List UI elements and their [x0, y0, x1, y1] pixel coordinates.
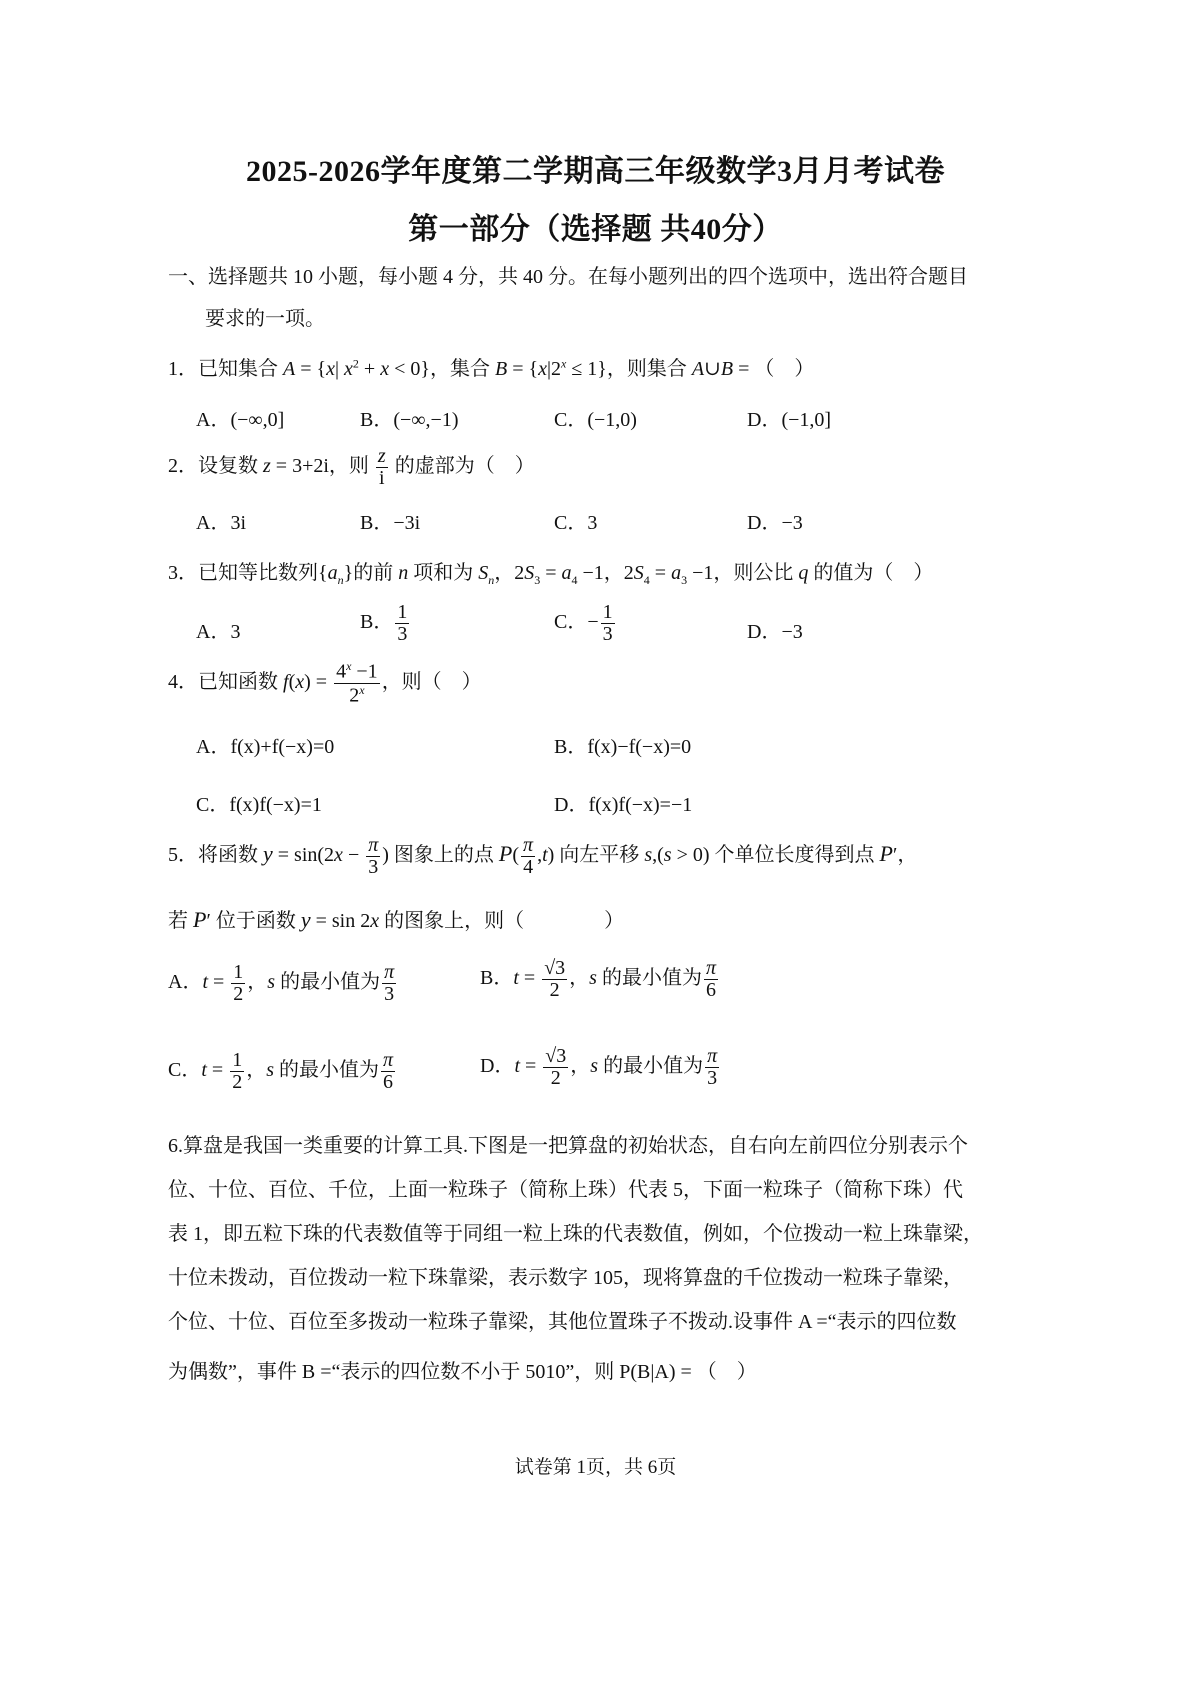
q1-option-c: C．(−1,0): [554, 403, 637, 432]
exam-title: 2025-2026学年度第二学期高三年级数学3月月考试卷: [0, 146, 1191, 190]
q4-option-a: A．f(x)+f(−x)=0: [196, 730, 334, 759]
question-5-stem-line1: 5．将函数 y = sin(2x − π3) 图象上的点 P(π4,t) 向左平…: [168, 835, 917, 878]
question-6-line3: 表 1，即五粒下珠的代表数值等于同组一粒上珠的代表数值，例如，个位拨动一粒上珠靠…: [168, 1217, 983, 1246]
question-6-line5: 个位、十位、百位至多拨动一粒珠子靠梁，其他位置珠子不拨动.设事件 A =“表示的…: [168, 1305, 957, 1334]
q3-option-c: C．−13: [554, 602, 617, 645]
question-6-line1: 6.算盘是我国一类重要的计算工具.下图是一把算盘的初始状态，自右向左前四位分别表…: [168, 1129, 968, 1158]
q4-option-c: C．f(x)f(−x)=1: [196, 788, 322, 817]
q2-option-b: B．−3i: [360, 506, 420, 535]
q5-option-b: B．t = √32，s 的最小值为π6: [480, 958, 720, 1001]
part-title: 第一部分（选择题 共40分）: [0, 204, 1191, 248]
q1-option-a: A．(−∞,0]: [196, 403, 284, 432]
q4-option-d: D．f(x)f(−x)=−1: [554, 788, 692, 817]
q5-option-c: C．t = 12，s 的最小值为π6: [168, 1050, 397, 1093]
section-instruction-line1: 一、选择题共 10 小题，每小题 4 分，共 40 分。在每小题列出的四个选项中…: [168, 260, 968, 289]
question-2-stem: 2．设复数 z = 3+2i，则 zi 的虚部为（ ）: [168, 446, 535, 489]
question-4-stem: 4．已知函数 f(x) = 4x −12x，则（ ）: [168, 660, 482, 706]
question-6-line2: 位、十位、百位、千位，上面一粒珠子（简称上珠）代表 5，下面一粒珠子（简称下珠）…: [168, 1173, 963, 1202]
question-1-stem: 1．已知集合 A = {x| x2 + x < 0}，集合 B = {x|2x …: [168, 352, 814, 381]
q2-option-a: A．3i: [196, 506, 246, 535]
q1-option-b: B．(−∞,−1): [360, 403, 458, 432]
q3-option-d: D．−3: [747, 615, 803, 644]
section-instruction-line2: 要求的一项。: [205, 302, 325, 331]
q5-option-a: A．t = 12，s 的最小值为π3: [168, 962, 398, 1005]
q5-option-d: D．t = √32，s 的最小值为π3: [480, 1046, 721, 1089]
q2-option-c: C．3: [554, 506, 597, 535]
q1-option-d: D．(−1,0]: [747, 403, 831, 432]
question-3-stem: 3．已知等比数列{an}的前 n 项和为 Sn，2S3 = a4 −1，2S4 …: [168, 556, 933, 588]
q4-option-b: B．f(x)−f(−x)=0: [554, 730, 691, 759]
page-footer: 试卷第 1页，共 6页: [0, 1452, 1191, 1479]
q3-option-a: A．3: [196, 615, 240, 644]
q2-option-d: D．−3: [747, 506, 803, 535]
question-6-line4: 十位未拨动，百位拨动一粒下珠靠梁，表示数字 105，现将算盘的千位拨动一粒珠子靠…: [168, 1261, 963, 1290]
question-5-stem-line2: 若 P′ 位于函数 y = sin 2x 的图象上，则（ ）: [168, 904, 624, 933]
q3-option-b: B．13: [360, 602, 411, 645]
question-6-line6: 为偶数”，事件 B =“表示的四位数不小于 5010”，则 P(B|A) = （…: [168, 1355, 757, 1384]
